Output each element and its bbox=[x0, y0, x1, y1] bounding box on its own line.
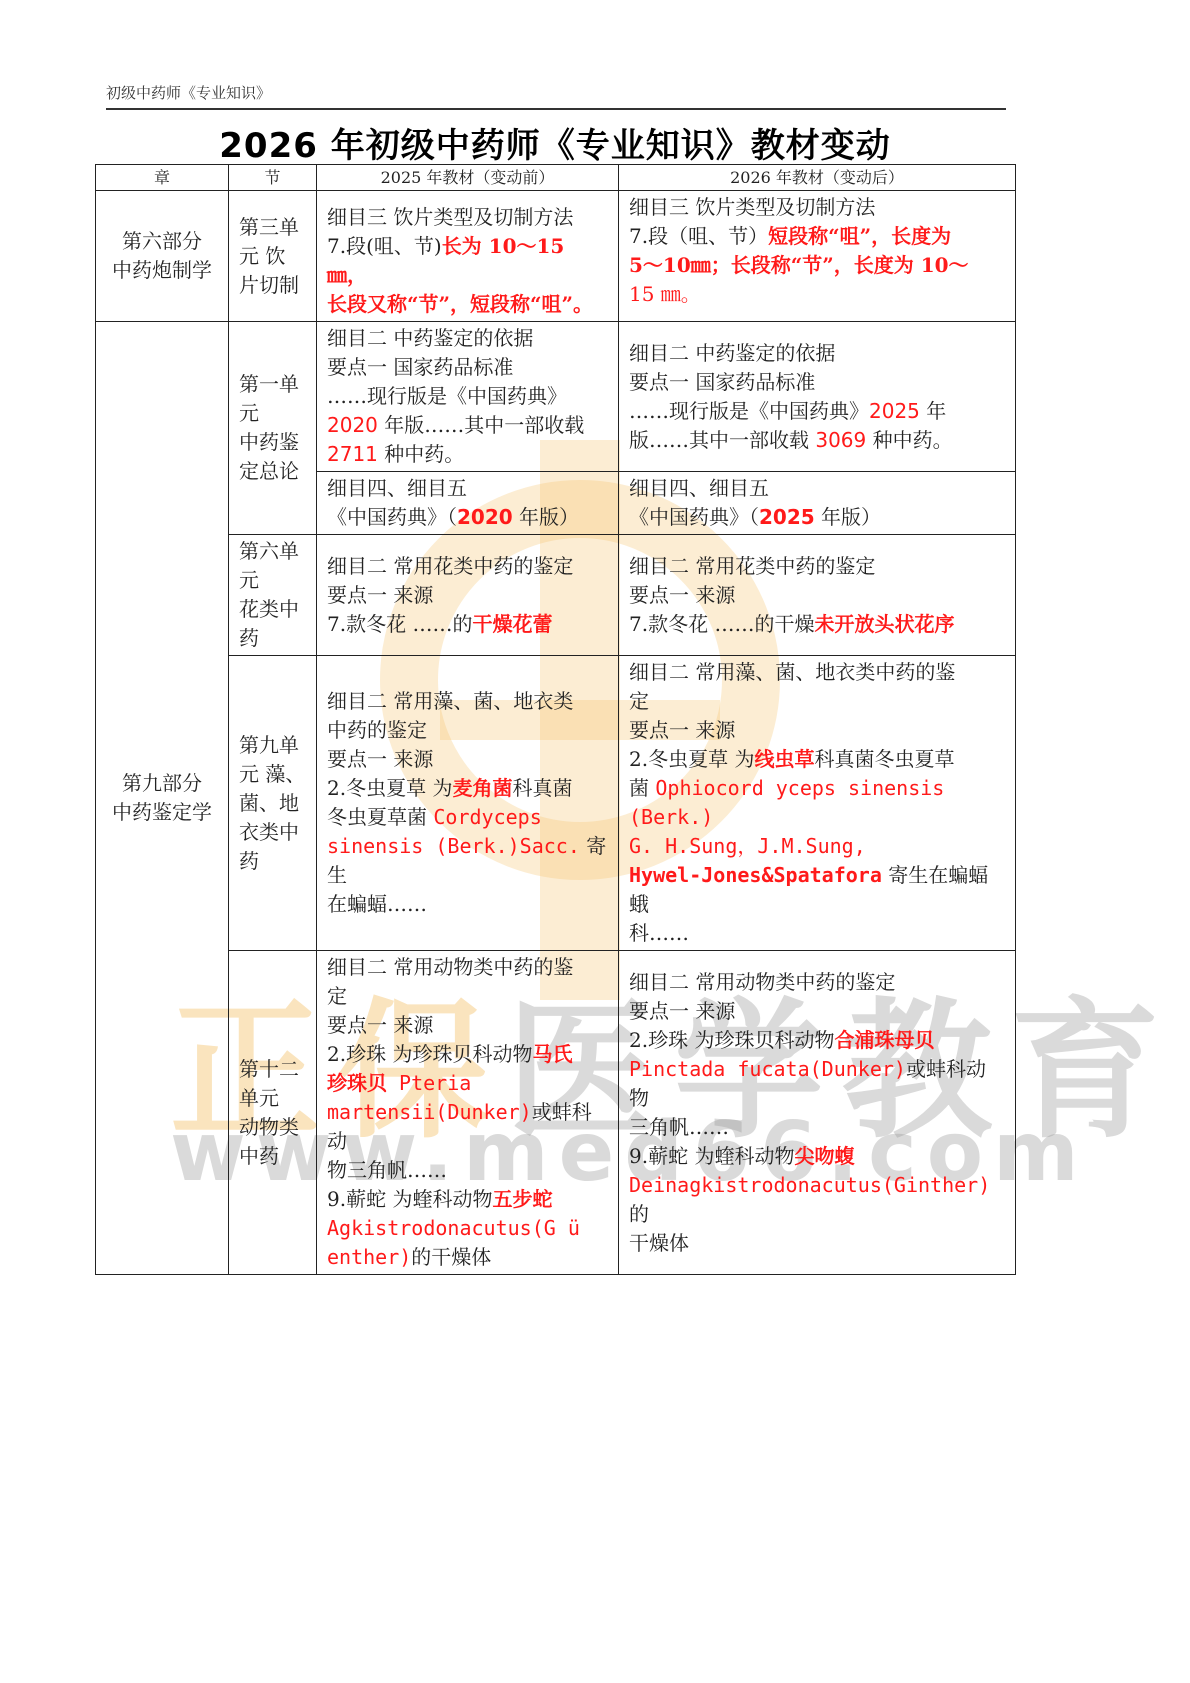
section-label: 第一单 bbox=[239, 370, 306, 399]
before-cell: 细目二 常用花类中药的鉴定 要点一 来源 7.款冬花 ……的干燥花蕾 bbox=[317, 535, 619, 656]
table-header-row: 章 节 2025 年教材（变动前） 2026 年教材（变动后） bbox=[96, 165, 1016, 191]
changed-text: 马氏 bbox=[532, 1042, 572, 1066]
section-label: 片切制 bbox=[239, 271, 306, 300]
text-line: 的 bbox=[629, 1202, 649, 1226]
chapter-cell: 第九部分 中药鉴定学 bbox=[96, 322, 229, 1275]
text-line: 要点一 国家药品标准 bbox=[327, 353, 608, 382]
header-section: 节 bbox=[229, 165, 317, 191]
changed-text: Deinagkistrodonacutus(Ginther) bbox=[629, 1173, 990, 1197]
text-line: 干燥体 bbox=[629, 1229, 1005, 1258]
changed-text: 线虫草 bbox=[754, 747, 814, 771]
changed-text: Agkistrodonacutus(G ü bbox=[327, 1214, 608, 1243]
text-line: 三角帆…… bbox=[629, 1113, 1005, 1142]
text-line: 细目三 饮片类型及切制方法 bbox=[629, 193, 1005, 222]
after-cell: 细目二 常用藻、菌、地衣类中药的鉴 定 要点一 来源 2.冬虫夏草 为线虫草科真… bbox=[619, 656, 1016, 951]
header-chapter: 章 bbox=[96, 165, 229, 191]
text-line: 定 bbox=[327, 982, 608, 1011]
before-cell: 细目二 中药鉴定的依据 要点一 国家药品标准 ……现行版是《中国药典》 2020… bbox=[317, 322, 619, 472]
text-line: 科真菌冬虫夏草 bbox=[814, 747, 954, 771]
section-label: 元 bbox=[239, 566, 306, 595]
text-line: 细目二 常用动物类中药的鉴 bbox=[327, 953, 608, 982]
changed-text: 麦角菌 bbox=[452, 776, 512, 800]
changed-text: 未开放头状花序 bbox=[814, 612, 954, 636]
text-line: 细目四、细目五 bbox=[629, 474, 1005, 503]
text-line: 2.冬虫夏草 为 bbox=[629, 747, 754, 771]
changed-text: 2711 bbox=[327, 442, 378, 466]
changed-text: 2025 bbox=[759, 505, 815, 529]
section-label: 元 bbox=[239, 399, 306, 428]
section-label: 元 藻、 bbox=[239, 760, 306, 789]
text-line: 版……其中一部收载 bbox=[629, 428, 815, 452]
changed-text: 长段又称“节”，短段称“咀”。 bbox=[327, 290, 608, 319]
text-line: 《中国药典》（ bbox=[327, 505, 457, 529]
page-title: 2026 年初级中药师《专业知识》教材变动 bbox=[95, 118, 1015, 167]
changed-text: Pinctada fucata(Dunker) bbox=[629, 1057, 906, 1081]
text-line: 2.珍珠 为珍珠贝科动物 bbox=[327, 1042, 532, 1066]
changed-text: 短段称“咀”，长度为 bbox=[768, 224, 951, 248]
text-line: 7.款冬花 ……的 bbox=[327, 612, 472, 636]
text-line: 《中国药典》（ bbox=[629, 505, 759, 529]
section-label: 第十二 bbox=[239, 1055, 306, 1084]
section-cell: 第一单 元 中药鉴 定总论 bbox=[229, 322, 317, 535]
changed-text: 尖吻蝮 bbox=[794, 1144, 854, 1168]
text-line: 要点一 来源 bbox=[327, 745, 608, 774]
section-label: 药 bbox=[239, 624, 306, 653]
table-row: 第九部分 中药鉴定学 第一单 元 中药鉴 定总论 细目二 中药鉴定的依据 要点一… bbox=[96, 322, 1016, 472]
text-line: 的干燥体 bbox=[411, 1245, 491, 1269]
text-line: 菌 bbox=[629, 776, 655, 800]
table-row: 第六部分 中药炮制学 第三单 元 饮 片切制 细目三 饮片类型及切制方法 7.段… bbox=[96, 191, 1016, 322]
after-cell: 细目四、细目五 《中国药典》（2025 年版） bbox=[619, 472, 1016, 535]
text-line: 7.段(咀、节) bbox=[327, 234, 442, 258]
chapter-label: 第六部分 bbox=[106, 227, 218, 256]
text-line: 细目二 常用动物类中药的鉴定 bbox=[629, 968, 1005, 997]
text-line: 细目二 常用花类中药的鉴定 bbox=[327, 552, 608, 581]
table-row: 第九单 元 藻、 菌、地 衣类中 药 细目二 常用藻、菌、地衣类 中药的鉴定 要… bbox=[96, 656, 1016, 951]
text-line: 要点一 来源 bbox=[629, 716, 1005, 745]
text-line: 要点一 来源 bbox=[327, 581, 608, 610]
text-line: 细目三 饮片类型及切制方法 bbox=[327, 203, 608, 232]
before-cell: 细目二 常用藻、菌、地衣类 中药的鉴定 要点一 来源 2.冬虫夏草 为麦角菌科真… bbox=[317, 656, 619, 951]
section-cell: 第十二 单元 动物类 中药 bbox=[229, 951, 317, 1275]
changed-text: enther) bbox=[327, 1245, 411, 1269]
text-line: 7.款冬花 ……的干燥 bbox=[629, 612, 814, 636]
header-divider bbox=[106, 108, 1006, 110]
text-line: 细目二 中药鉴定的依据 bbox=[629, 339, 1005, 368]
section-label: 菌、地 bbox=[239, 789, 306, 818]
section-label: 第九单 bbox=[239, 731, 306, 760]
text-line: 2.冬虫夏草 为 bbox=[327, 776, 452, 800]
text-line: 年版） bbox=[513, 505, 579, 529]
text-line: 7.段（咀、节） bbox=[629, 224, 768, 248]
text-line: 要点一 国家药品标准 bbox=[629, 368, 1005, 397]
chapter-label: 中药鉴定学 bbox=[106, 798, 218, 827]
section-cell: 第六单 元 花类中 药 bbox=[229, 535, 317, 656]
text-line: 科…… bbox=[629, 919, 1005, 948]
text-line: 物三角帆…… bbox=[327, 1156, 608, 1185]
changed-text: 2020 bbox=[457, 505, 513, 529]
changed-text: Hywel-Jones&Spatafora bbox=[629, 863, 882, 887]
before-cell: 细目三 饮片类型及切制方法 7.段(咀、节)长为 10～15 ㎜， 长段又称“节… bbox=[317, 191, 619, 322]
section-label: 单元 bbox=[239, 1084, 306, 1113]
section-label: 动物类 bbox=[239, 1113, 306, 1142]
text-line: 细目四、细目五 bbox=[327, 474, 608, 503]
text-line: 2.珍珠 为珍珠贝科动物 bbox=[629, 1028, 834, 1052]
text-line: ……现行版是《中国药典》 bbox=[327, 382, 608, 411]
changed-text: G. H.Sung，J.M.Sung, bbox=[629, 832, 1005, 861]
after-cell: 细目三 饮片类型及切制方法 7.段（咀、节）短段称“咀”，长度为 5～10㎜；长… bbox=[619, 191, 1016, 322]
after-cell: 细目二 中药鉴定的依据 要点一 国家药品标准 ……现行版是《中国药典》2025 … bbox=[619, 322, 1016, 472]
text-line: 细目二 中药鉴定的依据 bbox=[327, 324, 608, 353]
section-label: 第六单 bbox=[239, 537, 306, 566]
section-label: 衣类中 bbox=[239, 818, 306, 847]
text-line: 中药的鉴定 bbox=[327, 716, 608, 745]
before-cell: 细目四、细目五 《中国药典》（2020 年版） bbox=[317, 472, 619, 535]
changed-text: 5～10㎜；长段称“节”，长度为 10～ bbox=[629, 251, 1005, 280]
text-line: 冬虫夏草菌 bbox=[327, 805, 433, 829]
text-line: ……现行版是《中国药典》 bbox=[629, 399, 869, 423]
text-line: 要点一 来源 bbox=[629, 581, 1005, 610]
chapter-label: 第九部分 bbox=[106, 769, 218, 798]
section-cell: 第九单 元 藻、 菌、地 衣类中 药 bbox=[229, 656, 317, 951]
changed-text: 合浦珠母贝 bbox=[834, 1028, 934, 1052]
text-line: 在蝙蝠…… bbox=[327, 890, 608, 919]
text-line: 年 bbox=[920, 399, 946, 423]
text-line: 年版……其中一部收载 bbox=[378, 413, 584, 437]
changed-text: 2020 bbox=[327, 413, 378, 437]
changed-text: 3069 bbox=[815, 428, 866, 452]
header-after: 2026 年教材（变动后） bbox=[619, 165, 1016, 191]
chapter-label: 中药炮制学 bbox=[106, 256, 218, 285]
changed-text: 干燥花蕾 bbox=[472, 612, 552, 636]
table-row: 第十二 单元 动物类 中药 细目二 常用动物类中药的鉴 定 要点一 来源 2.珍… bbox=[96, 951, 1016, 1275]
table-row: 第六单 元 花类中 药 细目二 常用花类中药的鉴定 要点一 来源 7.款冬花 …… bbox=[96, 535, 1016, 656]
section-label: 定总论 bbox=[239, 457, 306, 486]
before-cell: 细目二 常用动物类中药的鉴 定 要点一 来源 2.珍珠 为珍珠贝科动物马氏 珍珠… bbox=[317, 951, 619, 1275]
changed-text: 五步蛇 bbox=[492, 1187, 552, 1211]
text-line: 种中药。 bbox=[378, 442, 464, 466]
text-line: 细目二 常用花类中药的鉴定 bbox=[629, 552, 1005, 581]
after-cell: 细目二 常用动物类中药的鉴定 要点一 来源 2.珍珠 为珍珠贝科动物合浦珠母贝 … bbox=[619, 951, 1016, 1275]
changed-text: Pteria bbox=[387, 1071, 471, 1095]
header-before: 2025 年教材（变动前） bbox=[317, 165, 619, 191]
text-line: 科真菌 bbox=[512, 776, 572, 800]
text-line: 细目二 常用藻、菌、地衣类中药的鉴 bbox=[629, 658, 1005, 687]
section-cell: 第三单 元 饮 片切制 bbox=[229, 191, 317, 322]
text-line: 要点一 来源 bbox=[327, 1011, 608, 1040]
text-line: 要点一 来源 bbox=[629, 997, 1005, 1026]
section-label: 药 bbox=[239, 847, 306, 876]
section-label: 中药鉴 bbox=[239, 428, 306, 457]
changes-table: 章 节 2025 年教材（变动前） 2026 年教材（变动后） 第六部分 中药炮… bbox=[95, 164, 1016, 1275]
changed-text: martensii(Dunker) bbox=[327, 1100, 532, 1124]
text-line: 年版） bbox=[815, 505, 881, 529]
running-header: 初级中药师《专业知识》 bbox=[106, 82, 271, 103]
text-line: 细目二 常用藻、菌、地衣类 bbox=[327, 687, 608, 716]
chapter-cell: 第六部分 中药炮制学 bbox=[96, 191, 229, 322]
changed-text: 珍珠贝 bbox=[327, 1071, 387, 1095]
changed-text: Ophiocord yceps sinensis (Berk.) bbox=[629, 776, 944, 829]
changed-text: Cordyceps bbox=[433, 805, 541, 829]
text-line: 种中药。 bbox=[866, 428, 952, 452]
section-label: 第三单 bbox=[239, 213, 306, 242]
after-cell: 细目二 常用花类中药的鉴定 要点一 来源 7.款冬花 ……的干燥未开放头状花序 bbox=[619, 535, 1016, 656]
section-label: 花类中 bbox=[239, 595, 306, 624]
changed-text: 15 ㎜。 bbox=[629, 280, 1005, 309]
section-label: 中药 bbox=[239, 1142, 306, 1171]
text-line: 9.蕲蛇 为蝰科动物 bbox=[327, 1187, 492, 1211]
changed-text: sinensis (Berk.)Sacc. bbox=[327, 834, 580, 858]
changed-text: 2025 bbox=[869, 399, 920, 423]
text-line: 定 bbox=[629, 687, 1005, 716]
text-line: 9.蕲蛇 为蝰科动物 bbox=[629, 1144, 794, 1168]
section-label: 元 饮 bbox=[239, 242, 306, 271]
